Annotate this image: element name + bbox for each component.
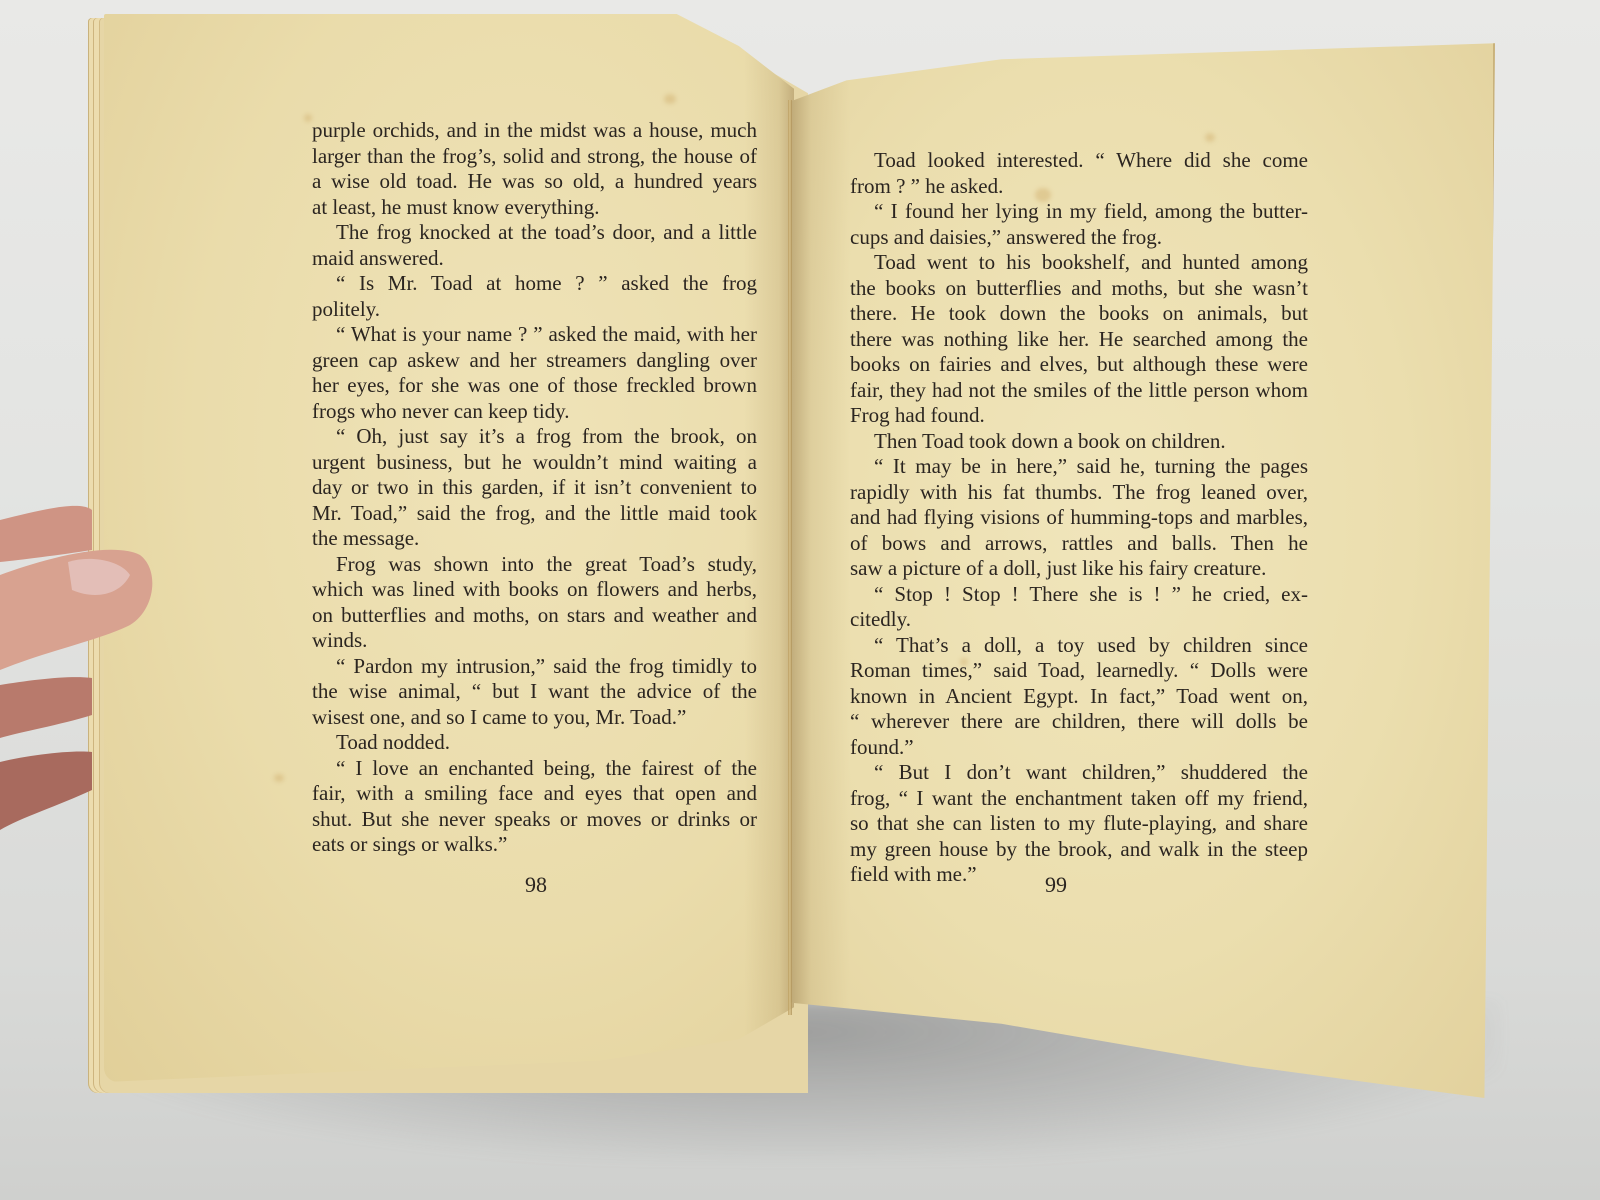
- text-line: so that she can listen to my flute-playi…: [850, 811, 1308, 837]
- text-line: wisest one, and so I came to you, Mr. To…: [312, 705, 757, 731]
- text-line: frog, “ I want the enchantment taken off…: [850, 786, 1308, 812]
- text-line: the books on butterflies and moths, but …: [850, 276, 1308, 302]
- text-line: frogs who never can keep tidy.: [312, 399, 757, 425]
- foxing-spot: [1205, 133, 1215, 142]
- photo-scene: purple orchids, and in the midst was a h…: [0, 0, 1600, 1200]
- text-line: and had flying visions of humming-tops a…: [850, 505, 1308, 531]
- text-line: The frog knocked at the toad’s door, and…: [312, 220, 757, 246]
- text-line: my green house by the brook, and walk in…: [850, 837, 1308, 863]
- text-line: Toad nodded.: [312, 730, 757, 756]
- text-line: known in Ancient Egypt. In fact,” Toad w…: [850, 684, 1308, 710]
- text-line: “ Oh, just say it’s a frog from the broo…: [312, 424, 757, 450]
- text-line: saw a picture of a doll, just like his f…: [850, 556, 1308, 582]
- text-line: Roman times,” said Toad, learnedly. “ Do…: [850, 658, 1308, 684]
- text-line: “ What is your name ? ” asked the maid, …: [312, 322, 757, 348]
- text-line: “ Stop ! Stop ! There she is ! ” he crie…: [850, 582, 1308, 608]
- text-line: citedly.: [850, 607, 1308, 633]
- text-line: the wise animal, “ but I want the advice…: [312, 679, 757, 705]
- text-line: books on fairies and elves, but although…: [850, 352, 1308, 378]
- text-line: “ It may be in here,” said he, turning t…: [850, 454, 1308, 480]
- text-line: Frog was shown into the great Toad’s stu…: [312, 552, 757, 578]
- text-line: of bows and arrows, rattles and balls. T…: [850, 531, 1308, 557]
- text-line: politely.: [312, 297, 757, 323]
- text-line: field with me.”: [850, 862, 1308, 888]
- text-line: there. He took down the books on animals…: [850, 301, 1308, 327]
- text-line: urgent business, but he wouldn’t mind wa…: [312, 450, 757, 476]
- foxing-spot: [304, 114, 312, 122]
- text-line: from ? ” he asked.: [850, 174, 1308, 200]
- hand-thumb-icon: [0, 500, 160, 850]
- page-number-left: 98: [525, 872, 547, 898]
- text-line: rapidly with his fat thumbs. The frog le…: [850, 480, 1308, 506]
- text-line: Mr. Toad,” said the frog, and the little…: [312, 501, 757, 527]
- right-page-text: Toad looked interested. “ Where did she …: [850, 148, 1308, 888]
- text-line: found.”: [850, 735, 1308, 761]
- text-line: shut. But she never speaks or moves or d…: [312, 807, 757, 833]
- text-line: “ I love an enchanted being, the fairest…: [312, 756, 757, 782]
- text-line: there was nothing like her. He searched …: [850, 327, 1308, 353]
- text-line: eats or sings or walks.”: [312, 832, 757, 858]
- text-line: “ Pardon my intrusion,” said the frog ti…: [312, 654, 757, 680]
- text-line: winds.: [312, 628, 757, 654]
- text-line: which was lined with books on flowers an…: [312, 577, 757, 603]
- text-line: the message.: [312, 526, 757, 552]
- text-line: “ wherever there are children, there wil…: [850, 709, 1308, 735]
- foxing-spot: [664, 94, 676, 104]
- text-line: larger than the frog’s, solid and strong…: [312, 144, 757, 170]
- text-line: purple orchids, and in the midst was a h…: [312, 118, 757, 144]
- text-line: a wise old toad. He was so old, a hundre…: [312, 169, 757, 195]
- text-line: green cap askew and her streamers dangli…: [312, 348, 757, 374]
- page-number-right: 99: [1045, 872, 1067, 898]
- text-line: fair, with a smiling face and eyes that …: [312, 781, 757, 807]
- text-line: her eyes, for she was one of those freck…: [312, 373, 757, 399]
- text-line: cups and daisies,” answered the frog.: [850, 225, 1308, 251]
- left-page-text: purple orchids, and in the midst was a h…: [312, 118, 757, 858]
- text-line: Frog had found.: [850, 403, 1308, 429]
- foxing-spot: [274, 774, 284, 782]
- text-line: “ But I don’t want children,” shuddered …: [850, 760, 1308, 786]
- text-line: fair, they had not the smiles of the lit…: [850, 378, 1308, 404]
- text-line: Then Toad took down a book on children.: [850, 429, 1308, 455]
- right-gutter-shade: [790, 38, 850, 1098]
- text-line: “ I found her lying in my field, among t…: [850, 199, 1308, 225]
- text-line: “ That’s a doll, a toy used by children …: [850, 633, 1308, 659]
- text-line: Toad looked interested. “ Where did she …: [850, 148, 1308, 174]
- text-line: day or two in this garden, if it isn’t c…: [312, 475, 757, 501]
- text-line: on butterflies and moths, on stars and w…: [312, 603, 757, 629]
- book-spine: [788, 100, 792, 1015]
- text-line: Toad went to his bookshelf, and hunted a…: [850, 250, 1308, 276]
- text-line: at least, he must know everything.: [312, 195, 757, 221]
- text-line: maid answered.: [312, 246, 757, 272]
- text-line: “ Is Mr. Toad at home ? ” asked the frog: [312, 271, 757, 297]
